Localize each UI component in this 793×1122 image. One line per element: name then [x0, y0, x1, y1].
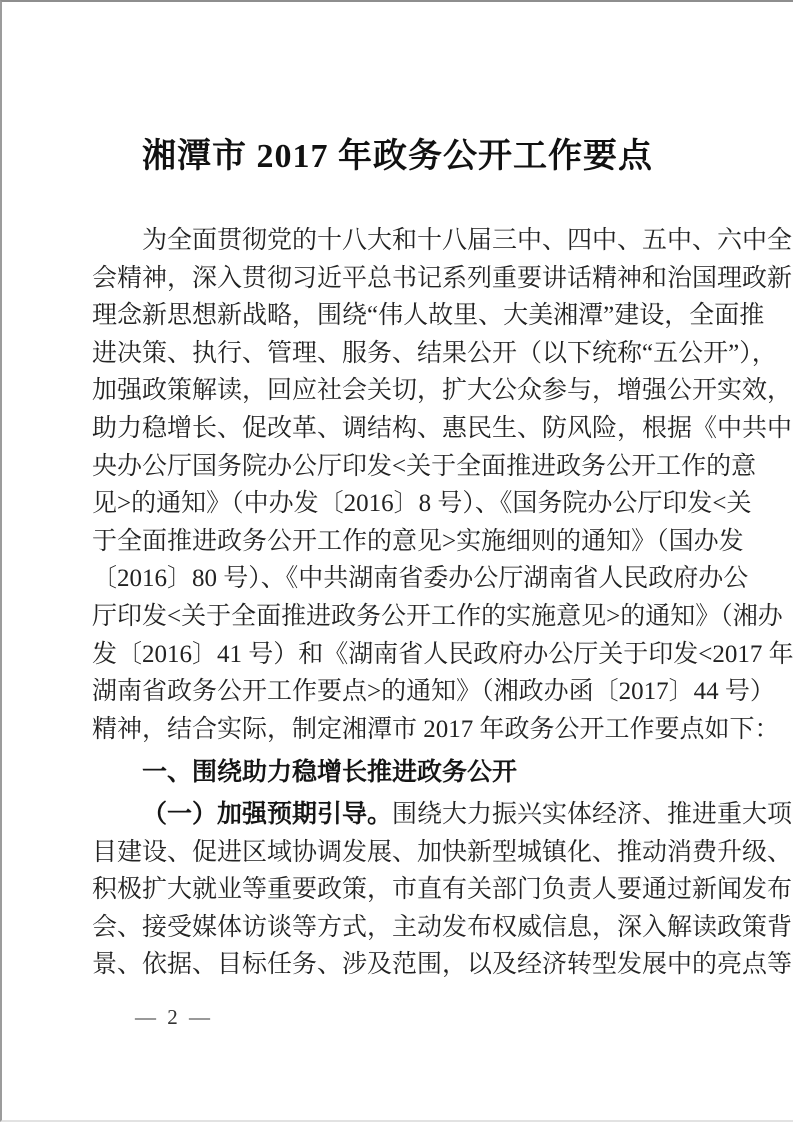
paragraph-bold-lead: （一）加强预期引导。 — [142, 800, 392, 828]
body-line: 理念新思想新战略，围绕“伟人故里、大美湘潭”建设，全面推 — [92, 297, 706, 335]
paragraph-lead-rest: 围绕大力振兴实体经济、推进重大项 — [392, 801, 792, 828]
body-line-with-lead: （一）加强预期引导。围绕大力振兴实体经济、推进重大项 — [92, 796, 706, 834]
body-line: 会、接受媒体访谈等方式，主动发布权威信息，深入解读政策背 — [92, 909, 706, 947]
body-line: 湖南省政务公开工作要点>的通知》（湘政办函〔2017〕44 号） — [92, 673, 706, 711]
body-line: 会精神，深入贯彻习近平总书记系列重要讲话精神和治国理政新 — [92, 260, 706, 298]
body-line: 加强政策解读，回应社会关切，扩大公众参与，增强公开实效， — [92, 372, 706, 410]
body-line: 进决策、执行、管理、服务、结果公开（以下统称“五公开”）， — [92, 335, 706, 373]
body-line: 目建设、促进区域协调发展、加快新型城镇化、推动消费升级、 — [92, 834, 706, 872]
body-line: 见>的通知》（中办发〔2016〕8 号）、《国务院办公厅印发<关 — [92, 485, 706, 523]
body-line: 精神，结合实际，制定湘潭市 2017 年政务公开工作要点如下： — [92, 711, 706, 749]
body-line: 为全面贯彻党的十八大和十八届三中、四中、五中、六中全 — [92, 222, 706, 260]
body-line: 景、依据、目标任务、涉及范围，以及经济转型发展中的亮点等， — [92, 946, 706, 984]
document-page: 湘潭市 2017 年政务公开工作要点 为全面贯彻党的十八大和十八届三中、四中、五… — [0, 0, 793, 1122]
body-line: 于全面推进政务公开工作的意见>实施细则的通知》（国办发 — [92, 523, 706, 561]
body-line: 央办公厅国务院办公厅印发<关于全面推进政务公开工作的意 — [92, 448, 706, 486]
body-line: 厅印发<关于全面推进政务公开工作的实施意见>的通知》（湘办 — [92, 598, 706, 636]
body-line: 助力稳增长、促改革、调结构、惠民生、防风险，根据《中共中 — [92, 410, 706, 448]
body-line: 〔2016〕80 号）、《中共湖南省委办公厅湖南省人民政府办公 — [92, 560, 706, 598]
section-heading: 一、围绕助力稳增长推进政务公开 — [92, 754, 706, 792]
body-line: 积极扩大就业等重要政策，市直有关部门负责人要通过新闻发布 — [92, 871, 706, 909]
page-number: — 2 — — [135, 1004, 706, 1030]
body-line: 发〔2016〕41 号）和《湖南省人民政府办公厅关于印发<2017 年 — [92, 636, 706, 674]
document-body: 为全面贯彻党的十八大和十八届三中、四中、五中、六中全 会精神，深入贯彻习近平总书… — [92, 222, 706, 1030]
document-title: 湘潭市 2017 年政务公开工作要点 — [2, 136, 793, 178]
